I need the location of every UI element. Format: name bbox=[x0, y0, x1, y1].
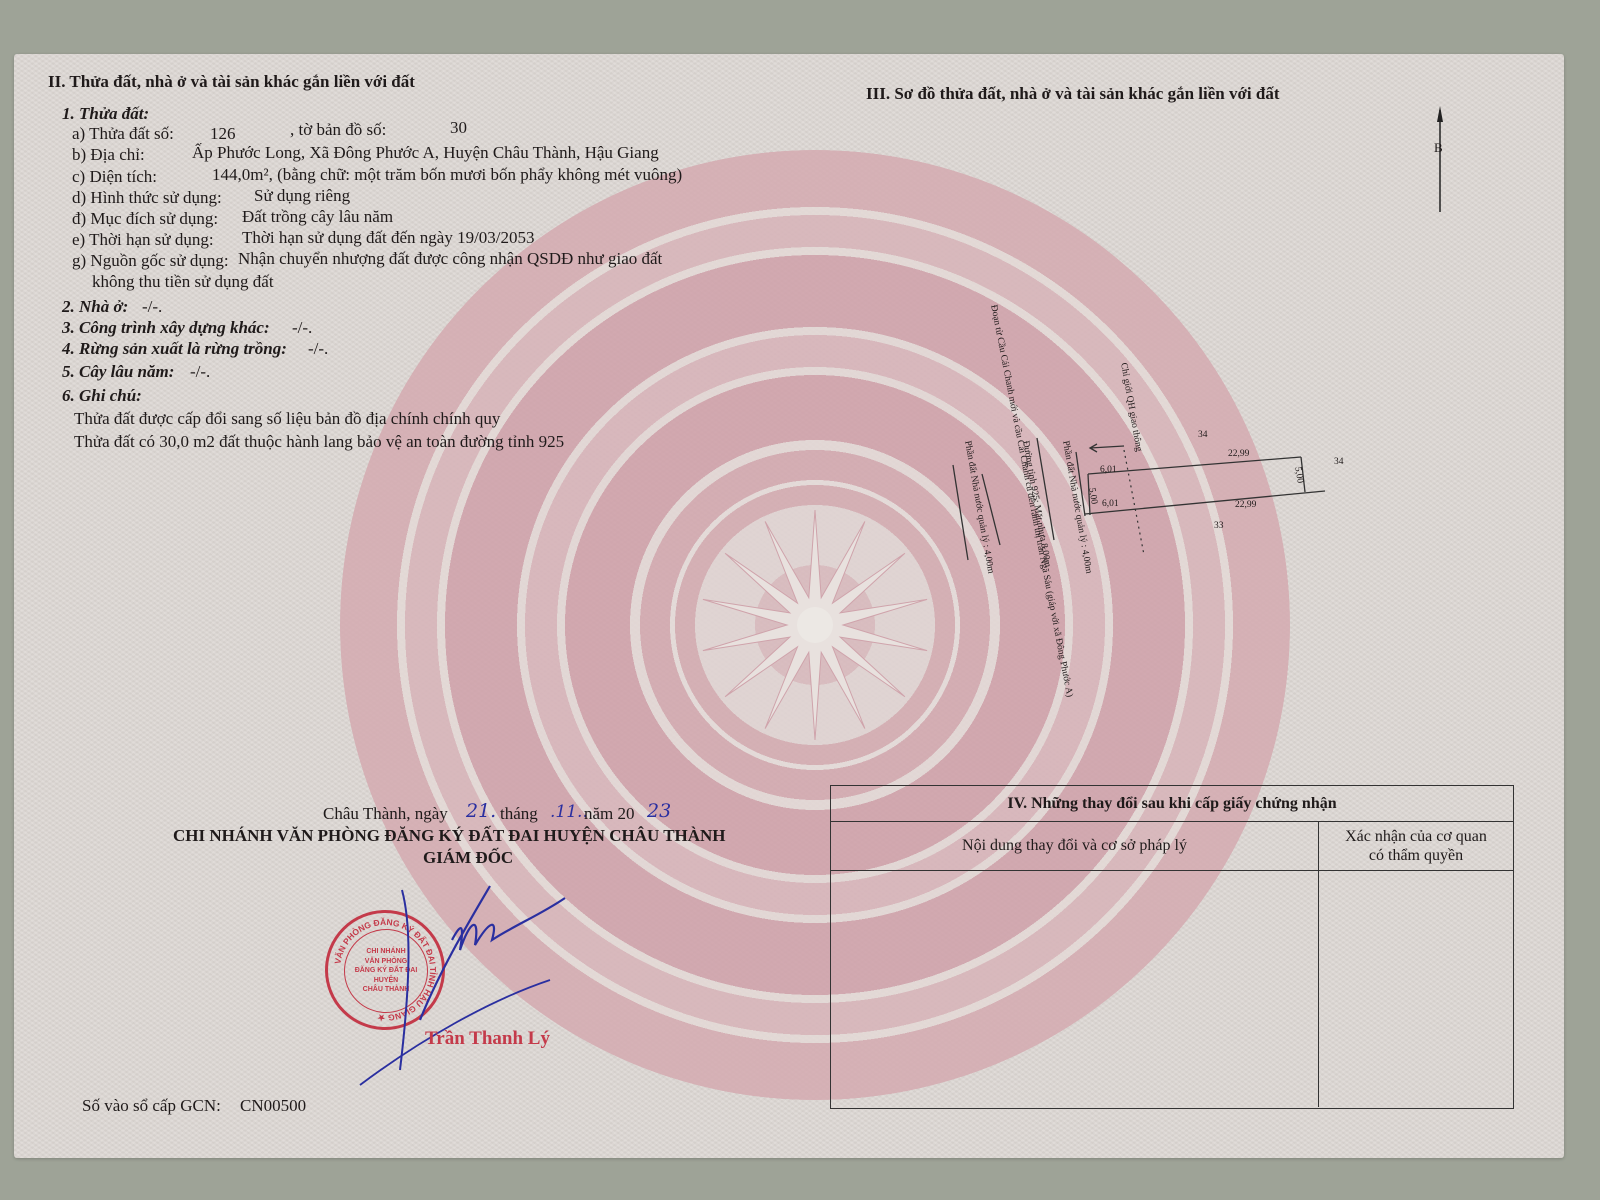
date-year-suffix[interactable]: 23 bbox=[647, 800, 671, 822]
item-5-title: 5. Cây lâu năm: bbox=[62, 362, 174, 382]
changes-table-title: IV. Những thay đổi sau khi cấp giấy chứn… bbox=[831, 786, 1513, 822]
address-value: Ấp Phước Long, Xã Đông Phước A, Huyện Ch… bbox=[192, 143, 659, 163]
map-sheet-value: 30 bbox=[450, 118, 467, 138]
section-3-title: III. Sơ đồ thửa đất, nhà ở và tài sản kh… bbox=[866, 84, 1280, 104]
item-2-title: 2. Nhà ở: bbox=[62, 297, 128, 317]
item-5-value: -/-. bbox=[190, 362, 210, 382]
item-4-value: -/-. bbox=[308, 339, 328, 359]
usage-form-value: Sử dụng riêng bbox=[254, 186, 350, 206]
signer-name: Trần Thanh Lý bbox=[425, 1028, 550, 1050]
usage-purpose-label: đ) Mục đích sử dụng: bbox=[72, 209, 218, 229]
col-changes-header: Nội dung thay đổi và cơ sở pháp lý bbox=[831, 822, 1319, 870]
origin-value-2: không thu tiền sử dụng đất bbox=[92, 272, 274, 292]
changes-table-header: Nội dung thay đổi và cơ sở pháp lý Xác n… bbox=[831, 822, 1513, 871]
issuing-office: CHI NHÁNH VĂN PHÒNG ĐĂNG KÝ ĐẤT ĐAI HUYỆ… bbox=[173, 826, 726, 846]
area-value: 144,0m², (bằng chữ: một trăm bốn mươi bố… bbox=[212, 165, 682, 185]
year-label: năm 20 bbox=[584, 804, 635, 824]
month-label: tháng bbox=[500, 804, 538, 824]
place-date-prefix: Châu Thành, ngày bbox=[323, 804, 448, 824]
parcel-number-label: a) Thửa đất số: bbox=[72, 124, 174, 144]
section-2-title: II. Thửa đất, nhà ở và tài sản khác gắn … bbox=[48, 72, 415, 92]
item-6-title: 6. Ghi chú: bbox=[62, 386, 142, 406]
register-label: Số vào sổ cấp GCN: bbox=[82, 1096, 221, 1116]
note-1: Thửa đất được cấp đổi sang số liệu bản đ… bbox=[74, 409, 500, 429]
dim-top-long: 22,99 bbox=[1228, 449, 1249, 459]
neighbor-north: 34 bbox=[1198, 430, 1208, 440]
dim-top-front: 6,01 bbox=[1100, 465, 1117, 475]
signer-position: GIÁM ĐỐC bbox=[423, 848, 513, 868]
item-1-title: 1. Thửa đất: bbox=[62, 104, 149, 124]
dim-bottom-front: 6,01 bbox=[1102, 499, 1119, 509]
map-sheet-label: , tờ bản đồ số: bbox=[290, 120, 386, 140]
origin-value-1: Nhận chuyển nhượng đất được công nhận QS… bbox=[238, 249, 662, 269]
col-confirmation-header-line1: Xác nhận của cơ quan bbox=[1345, 827, 1487, 846]
date-month[interactable]: .11.. bbox=[550, 802, 588, 822]
address-label: b) Địa chỉ: bbox=[72, 145, 145, 165]
handwritten-signature bbox=[340, 880, 580, 1090]
col-confirmation-header: Xác nhận của cơ quancó thẩm quyền bbox=[1319, 822, 1513, 870]
area-label: c) Diện tích: bbox=[72, 167, 157, 187]
neighbor-south: 33 bbox=[1214, 521, 1224, 531]
date-day[interactable]: 21. bbox=[466, 800, 496, 822]
item-3-value: -/-. bbox=[292, 318, 312, 338]
usage-term-label: e) Thời hạn sử dụng: bbox=[72, 230, 214, 250]
usage-term-value: Thời hạn sử dụng đất đến ngày 19/03/2053 bbox=[242, 228, 535, 248]
parcel-number-value: 126 bbox=[210, 124, 236, 144]
item-3-title: 3. Công trình xây dựng khác: bbox=[62, 318, 270, 338]
neighbor-east: 34 bbox=[1334, 457, 1344, 467]
register-number: CN00500 bbox=[240, 1096, 306, 1116]
changes-table: IV. Những thay đổi sau khi cấp giấy chứn… bbox=[830, 785, 1514, 1109]
changes-table-body bbox=[831, 871, 1513, 1107]
note-2: Thửa đất có 30,0 m2 đất thuộc hành lang … bbox=[74, 432, 564, 452]
item-2-value: -/-. bbox=[142, 297, 162, 317]
col-confirmation-header-line2: có thẩm quyền bbox=[1345, 846, 1487, 865]
changes-content-cell[interactable] bbox=[831, 871, 1319, 1107]
origin-label: g) Nguồn gốc sử dụng: bbox=[72, 251, 229, 271]
usage-purpose-value: Đất trồng cây lâu năm bbox=[242, 207, 393, 227]
usage-form-label: d) Hình thức sử dụng: bbox=[72, 188, 222, 208]
confirmation-cell[interactable] bbox=[1319, 871, 1513, 1107]
dim-bottom-long: 22,99 bbox=[1235, 500, 1256, 510]
item-4-title: 4. Rừng sản xuất là rừng trồng: bbox=[62, 339, 287, 359]
drum-star-icon bbox=[695, 505, 935, 745]
north-label: B bbox=[1434, 140, 1443, 156]
